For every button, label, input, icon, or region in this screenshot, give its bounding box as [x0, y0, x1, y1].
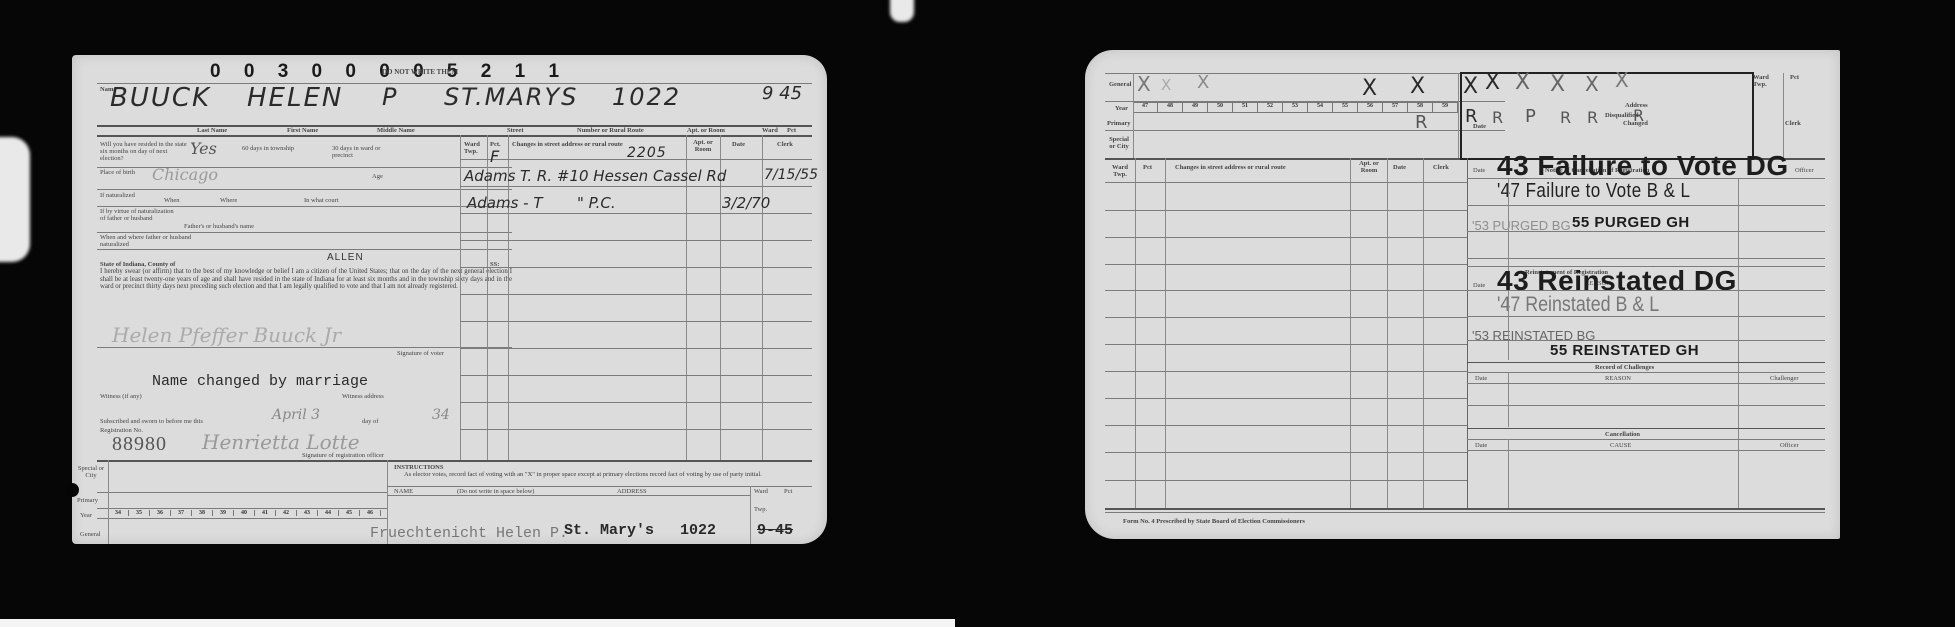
vote-mark: X	[1615, 68, 1629, 92]
year-cell: 59	[1433, 103, 1458, 112]
cancellation-date-label: Date	[1475, 442, 1487, 449]
witness-address-label: Witness address	[342, 393, 384, 400]
change-row-3-date: 3/2/70	[722, 194, 770, 212]
typed-address: St. Mary's	[564, 522, 654, 539]
changes-header-clerk: Clerk	[777, 141, 793, 148]
year-cell: 39	[213, 510, 234, 516]
year-cell: 45	[339, 510, 360, 516]
bottom-address-label: ADDRESS	[617, 488, 647, 495]
year-cell: 46	[360, 510, 381, 516]
ward-label: Ward	[762, 127, 778, 134]
reinstatement-entry-1955: 55 REINSTATED GH	[1550, 342, 1699, 359]
box-date-label: Date	[1473, 123, 1486, 130]
year-cell: 34	[108, 510, 129, 516]
grid-pct-label: Pct	[1790, 74, 1799, 81]
cancellation-officer-label: Officer	[1780, 442, 1799, 449]
year-cell: 43	[297, 510, 318, 516]
challenges-challenger-label: Challenger	[1770, 375, 1799, 382]
vote-mark: X	[1161, 76, 1171, 94]
year-cell: 40	[234, 510, 255, 516]
cancellation-cause-label: CAUSE	[1610, 442, 1631, 449]
primary-mark: R	[1587, 108, 1598, 127]
witness-label: Witness (if any)	[100, 393, 142, 400]
grid-ward-label: Ward Twp.	[1753, 74, 1777, 88]
vote-mark: X	[1550, 72, 1565, 97]
subscribed-day: April 3	[272, 407, 320, 423]
q-state-residence-value: Yes	[190, 139, 217, 158]
grid-label-year: Year	[80, 512, 92, 519]
changes-header-date: Date	[732, 141, 745, 148]
voter-signature: Helen Pfeffer Buuck Jr	[112, 323, 341, 347]
number-label: Number or Rural Route	[577, 127, 644, 134]
year-cell: 36	[150, 510, 171, 516]
change-row-3-ward: Adams - T	[467, 194, 543, 212]
year-cell: 56	[1358, 103, 1383, 112]
house-number: 1022	[612, 83, 681, 111]
street-label: Street	[507, 127, 523, 134]
pct-label: Pct	[787, 127, 796, 134]
q-precinct-label: 30 days in ward or precinct	[332, 145, 402, 159]
year-cell: 54	[1308, 103, 1333, 112]
notice-date-label: Date	[1473, 167, 1485, 174]
challenges-date-label: Date	[1475, 375, 1487, 382]
notice-entry-1955: 55 PURGED GH	[1572, 214, 1690, 231]
year-cell: 47	[1133, 103, 1158, 112]
changes-header-apt: Apt. or Room	[1353, 160, 1385, 174]
reinstatement-entry-1947: '47 Reinstated B & L	[1497, 293, 1659, 317]
changes-header-apt: Apt. or Room	[689, 139, 717, 153]
bottom-pct-label: Pct	[784, 488, 792, 495]
typed-ward: 9-45	[757, 522, 793, 539]
year-cell: 51	[1233, 103, 1258, 112]
year-cell: 42	[276, 510, 297, 516]
box-address-label: Address	[1625, 102, 1648, 109]
where-label: Where	[220, 197, 237, 204]
name-change-note: Name changed by marriage	[152, 373, 368, 390]
birthplace-value: Chicago	[152, 165, 218, 184]
when-label: When	[164, 197, 180, 204]
vote-mark: X	[1137, 72, 1151, 96]
vote-mark: X	[1410, 74, 1425, 99]
q-state-residence: Will you have resided in the state six m…	[100, 141, 190, 162]
by-virtue-label: If by virtue of naturalization of father…	[100, 208, 175, 222]
change-row-2-clerk: 7/15/55	[764, 167, 818, 183]
registration-number: 88980	[112, 433, 167, 456]
bottom-name-label: NAME	[394, 488, 413, 495]
ward-pct: 9 45	[762, 83, 802, 104]
last-name: BUUCK	[110, 83, 211, 113]
changes-header-clerk: Clerk	[1433, 164, 1449, 171]
age-label: Age	[372, 173, 383, 180]
grid-label-year: Year	[1115, 105, 1128, 112]
year-cell: 44	[318, 510, 339, 516]
grid-label-general: General	[1109, 81, 1131, 88]
year-cell: 38	[192, 510, 213, 516]
changes-header-address: Changes in street address or rural route	[1175, 164, 1286, 171]
year-row-left: 47 48 49 50 51 52 53 54 55 56 57 58 59	[1133, 102, 1458, 113]
form-footer: Form No. 4 Prescribed by State Board of …	[1123, 518, 1305, 525]
grid-label-special: Special or City	[77, 465, 105, 479]
primary-mark: R	[1560, 108, 1571, 127]
vote-mark: X	[1515, 70, 1530, 95]
typed-number: 1022	[680, 522, 716, 539]
change-row-1-address: 2205	[627, 145, 667, 161]
father-name-label: Father's or husband's name	[184, 223, 254, 230]
change-row-2-address: T. R. #10 Hessen Cassel Rd	[520, 167, 726, 185]
vote-mark: X	[1485, 70, 1500, 95]
year-cell: 41	[255, 510, 276, 516]
changes-header-pct: Pct	[1143, 164, 1152, 171]
challenges-title: Record of Challenges	[1595, 364, 1654, 371]
apt-label: Apt. or Room	[687, 127, 725, 134]
scan-artifact-left	[0, 137, 30, 262]
grid-label-general: General	[80, 531, 101, 538]
court-label: In what court	[304, 197, 339, 204]
do-not-write-label: (Do not write in space below)	[457, 488, 534, 495]
instructions-title: INSTRUCTIONS	[394, 464, 444, 471]
q-township-label: 60 days in township	[242, 145, 302, 152]
year-cell: 57	[1383, 103, 1408, 112]
primary-mark: R	[1415, 112, 1428, 133]
year-cell: 35	[129, 510, 150, 516]
father-naturalized-label: When and where father or husband natural…	[100, 234, 195, 248]
scan-artifact-top	[890, 0, 914, 22]
scan-edge-strip	[0, 619, 955, 627]
typed-name: Fruechtenicht Helen P.	[370, 525, 568, 542]
vote-mark: X	[1362, 76, 1377, 101]
first-name: HELEN	[247, 83, 343, 113]
oath-text: I hereby swear (or affirm) that to the b…	[100, 268, 512, 291]
change-row-3-address: " P.C.	[577, 194, 616, 212]
year-cell: 55	[1333, 103, 1358, 112]
street: ST.MARYS	[444, 83, 578, 111]
box-changed-label: Changed	[1623, 120, 1648, 127]
middle-initial: P	[382, 83, 398, 111]
day-of-label: day of	[362, 418, 378, 425]
punch-hole	[65, 483, 79, 497]
primary-mark: P	[1525, 106, 1536, 127]
year-cell: 37	[171, 510, 192, 516]
header-note: DO NOT WRITE THEM	[382, 69, 458, 76]
change-row-1-pct: F	[490, 147, 499, 166]
notice-entry-1947: '47 Failure to Vote B & L	[1497, 180, 1690, 203]
registration-card-back: General Year 47 48 49 50 51 52 53 54 55 …	[1085, 50, 1840, 539]
grid-clerk-label: Clerk	[1785, 120, 1801, 127]
cancellation-title: Cancellation	[1605, 431, 1640, 438]
reinstatement-date-label: Date	[1473, 282, 1485, 289]
changes-header-ward: Ward Twp.	[1107, 164, 1133, 178]
county-value: ALLEN	[327, 252, 364, 263]
grid-label-primary: Primary	[1107, 120, 1130, 127]
vote-mark: X	[1197, 72, 1209, 93]
year-cell: 48	[1158, 103, 1183, 112]
bottom-twp-label: Twp.	[754, 506, 767, 513]
instructions-text: As elector votes, record fact of voting …	[404, 471, 804, 478]
registration-card-front: 0 0 3 0 0 0 0 5 2 1 1 DO NOT WRITE THEM …	[72, 55, 827, 544]
officer-signature: Henrietta Lotte	[202, 430, 360, 454]
year-cell: 49	[1183, 103, 1208, 112]
grid-label-special: Special or City	[1107, 136, 1131, 150]
year-cell: 58	[1408, 103, 1433, 112]
box-disqualified-label: Disqualified	[1605, 112, 1639, 119]
year-cell: 50	[1208, 103, 1233, 112]
change-row-2-ward: Adams	[464, 167, 515, 185]
county-prefix: State of Indiana, County of	[100, 261, 175, 268]
subscribed-label: Subscribed and sworn to before me this	[100, 418, 203, 425]
voter-signature-label: Signature of voter	[397, 350, 444, 357]
vote-mark: X	[1463, 74, 1478, 99]
first-name-label: First Name	[287, 127, 318, 134]
middle-name-label: Middle Name	[377, 127, 415, 134]
year-cell: 52	[1258, 103, 1283, 112]
officer-signature-label: Signature of registration officer	[302, 452, 384, 459]
naturalized-label: If naturalized	[100, 192, 135, 199]
vote-mark: X	[1585, 72, 1599, 96]
changes-header-ward: Ward Twp.	[464, 141, 488, 155]
bottom-ward-label: Ward	[754, 488, 768, 495]
year-cell: 53	[1283, 103, 1308, 112]
changes-header-date: Date	[1393, 164, 1406, 171]
birthplace-label: Place of birth	[100, 169, 135, 176]
last-name-label: Last Name	[197, 127, 227, 134]
primary-mark: R	[1492, 108, 1503, 127]
notice-officer-label: Officer	[1795, 167, 1814, 174]
grid-label-primary: Primary	[77, 497, 98, 504]
subscribed-year: 34	[432, 407, 450, 423]
year-row-left-card: 34 35 36 37 38 39 40 41 42 43 44 45 46	[108, 510, 381, 516]
challenges-reason-label: REASON	[1605, 375, 1631, 382]
